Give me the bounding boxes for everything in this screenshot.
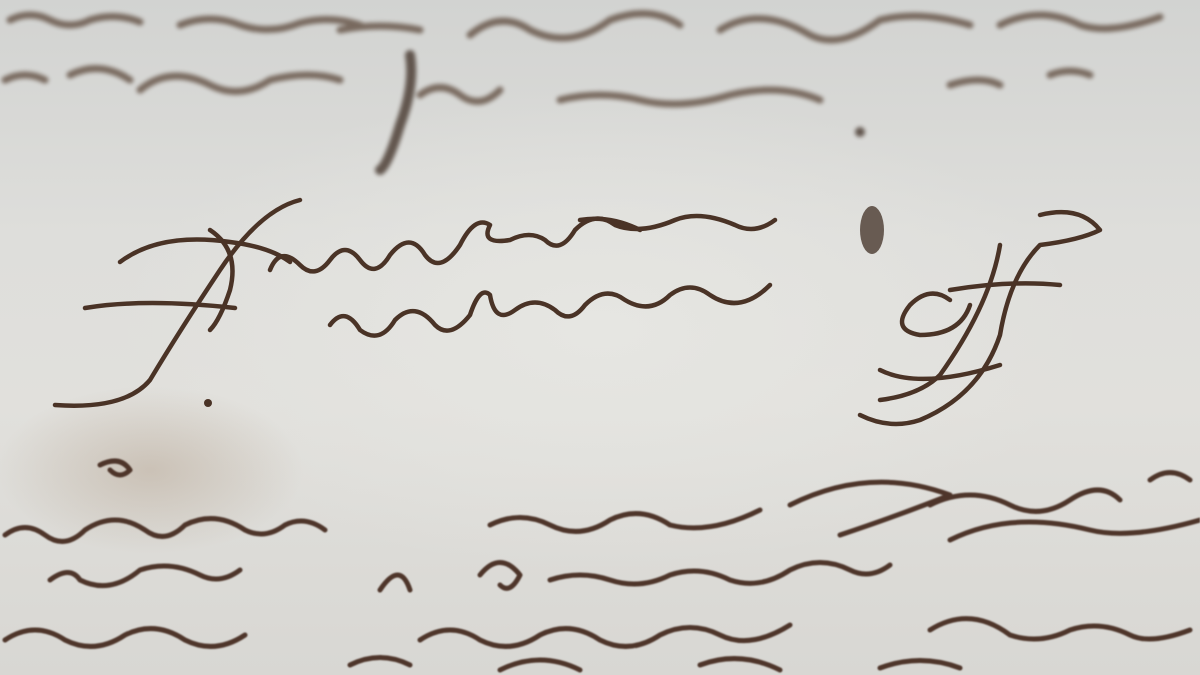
bottom-text-lines — [0, 0, 1200, 675]
manuscript-photo: Francisco Ma[r]tinez Vuald[e]rrab[an]o .… — [0, 0, 1200, 675]
